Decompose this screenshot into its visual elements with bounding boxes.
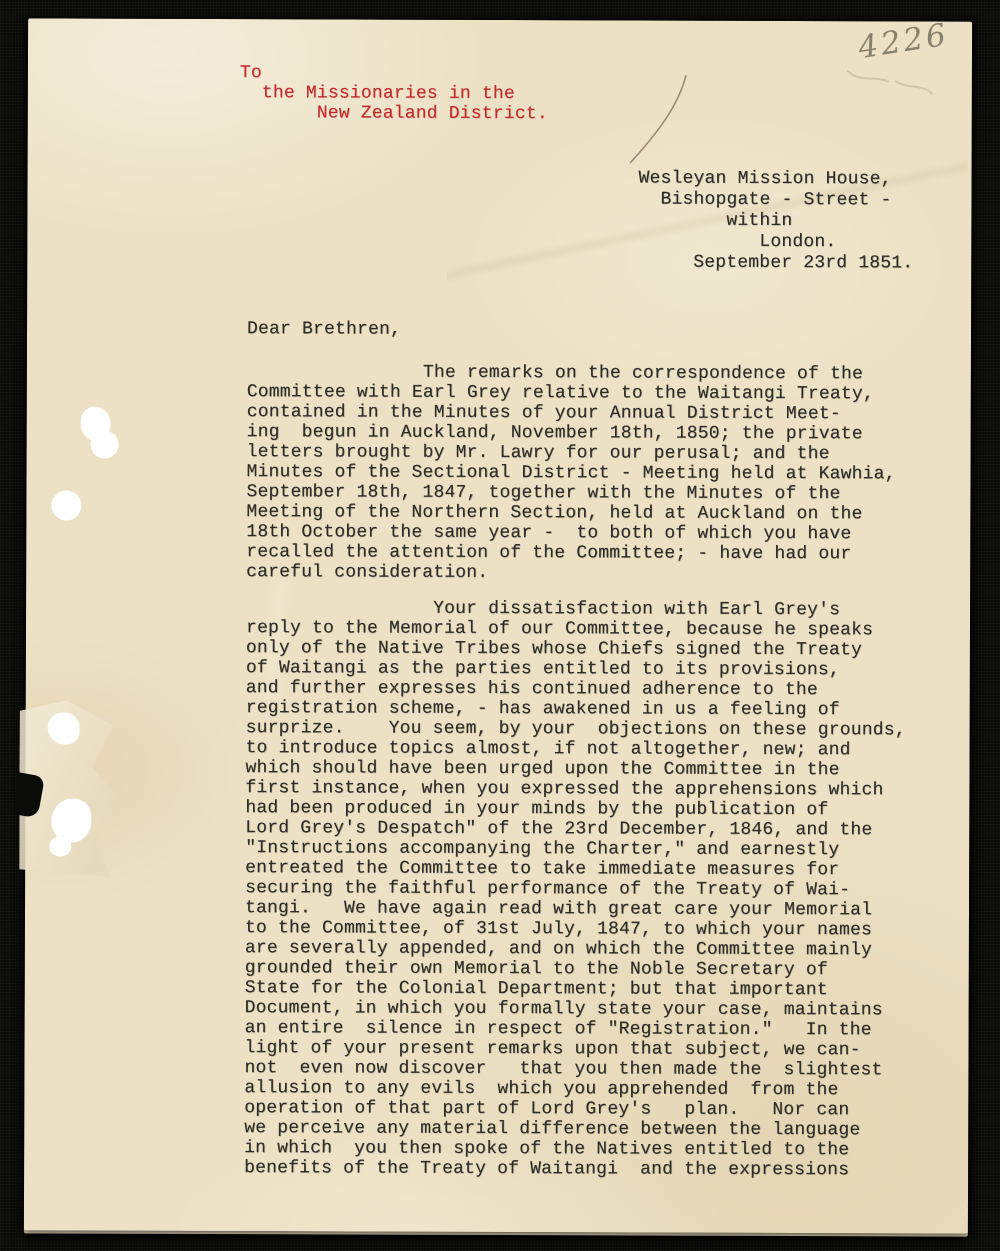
text-line: Bishopgate - Street -: [638, 189, 913, 211]
text-line: operation of that part of Lord Grey's pl…: [244, 1098, 904, 1120]
text-line: the Missionaries in the: [240, 83, 548, 104]
text-line: light of your present remarks upon that …: [244, 1038, 904, 1060]
handwritten-slash-mark: [631, 75, 686, 162]
text-line: New Zealand District.: [240, 103, 548, 124]
faint-pencil-mark: [848, 71, 932, 93]
text-line: 18th October the same year - to both of …: [246, 522, 895, 544]
text-line: Minutes of the Sectional District - Meet…: [247, 462, 896, 484]
text-line: benefits of the Treaty of Waitangi and t…: [244, 1158, 904, 1180]
text-line: which should have been urged upon the Co…: [245, 758, 905, 780]
text-line: "Instructions accompanying the Charter,"…: [245, 838, 905, 860]
text-line: careful consideration.: [246, 562, 895, 584]
text-line: entreated the Committee to take immediat…: [245, 858, 905, 880]
text-line: we perceive any material difference betw…: [244, 1118, 904, 1140]
text-line: ing begun in Auckland, November 18th, 18…: [247, 422, 896, 444]
text-line: Document, in which you formally state yo…: [245, 998, 905, 1020]
letter-page: 4226 To the Missionaries in the New Zeal…: [24, 18, 972, 1233]
paragraph-two: Your dissatisfaction with Earl Grey'srep…: [244, 598, 906, 1180]
text-line: September 23rd 1851.: [638, 252, 913, 274]
text-line: reply to the Memorial of our Committee, …: [246, 618, 906, 640]
text-line: Your dissatisfaction with Earl Grey's: [246, 598, 906, 620]
text-line: The remarks on the correspondence of the: [247, 362, 896, 384]
damage-spot: [91, 431, 119, 459]
text-line: September 18th, 1847, together with the …: [246, 482, 895, 504]
text-line: Wesleyan Mission House,: [639, 168, 914, 190]
text-line: not even now discover that you then made…: [244, 1058, 904, 1080]
text-line: contained in the Minutes of your Annual …: [247, 402, 896, 424]
damage-spot: [51, 490, 81, 520]
text-line: securing the faithful performance of the…: [245, 878, 905, 900]
text-line: Committee with Earl Grey relative to the…: [247, 382, 896, 404]
handwritten-catalog-number: 4226: [856, 17, 951, 66]
text-line: in which you then spoke of the Natives e…: [244, 1138, 904, 1160]
text-line: first instance, when you expressed the a…: [245, 778, 905, 800]
text-line: are severally appended, and on which the…: [245, 938, 905, 960]
text-line: allusion to any evils which you apprehen…: [244, 1078, 904, 1100]
damage-spot: [49, 836, 71, 856]
text-line: tangi. We have again read with great car…: [245, 898, 905, 920]
text-line: Meeting of the Northern Section, held at…: [246, 502, 895, 524]
text-line: registration scheme, - has awakened in u…: [246, 698, 906, 720]
sender-address-block: Wesleyan Mission House, Bishopgate - Str…: [638, 168, 913, 274]
text-line: recalled the attention of the Committee;…: [246, 542, 895, 564]
text-line: to introduce topics almost, if not altog…: [246, 738, 906, 760]
text-line: State for the Colonial Department; but t…: [245, 978, 905, 1000]
text-line: an entire silence in respect of "Registr…: [245, 1018, 905, 1040]
text-line: London.: [638, 231, 913, 253]
recipient-block: To the Missionaries in the New Zealand D…: [240, 63, 548, 124]
text-line: grounded their own Memorial to the Noble…: [245, 958, 905, 980]
text-line: only of the Native Tribes whose Chiefs s…: [246, 638, 906, 660]
damage-spot: [48, 712, 80, 744]
text-line: surprize. You seem, by your objections o…: [246, 718, 906, 740]
text-line: and further expresses his continued adhe…: [246, 678, 906, 700]
paragraph-one: The remarks on the correspondence of the…: [246, 362, 896, 584]
text-line: had been produced in your minds by the p…: [245, 798, 905, 820]
text-line: within: [638, 210, 913, 232]
text-line: To: [240, 63, 548, 84]
text-line: Lord Grey's Despatch" of the 23rd Decemb…: [245, 818, 905, 840]
text-line: of Waitangi as the parties entitled to i…: [246, 658, 906, 680]
salutation: Dear Brethren,: [247, 319, 401, 340]
text-line: letters brought by Mr. Lawry for our per…: [247, 442, 896, 464]
scan-background: { "colors": { "background": "#0b0b09", "…: [0, 0, 1000, 1251]
text-line: to the Committee, of 31st July, 1847, to…: [245, 918, 905, 940]
